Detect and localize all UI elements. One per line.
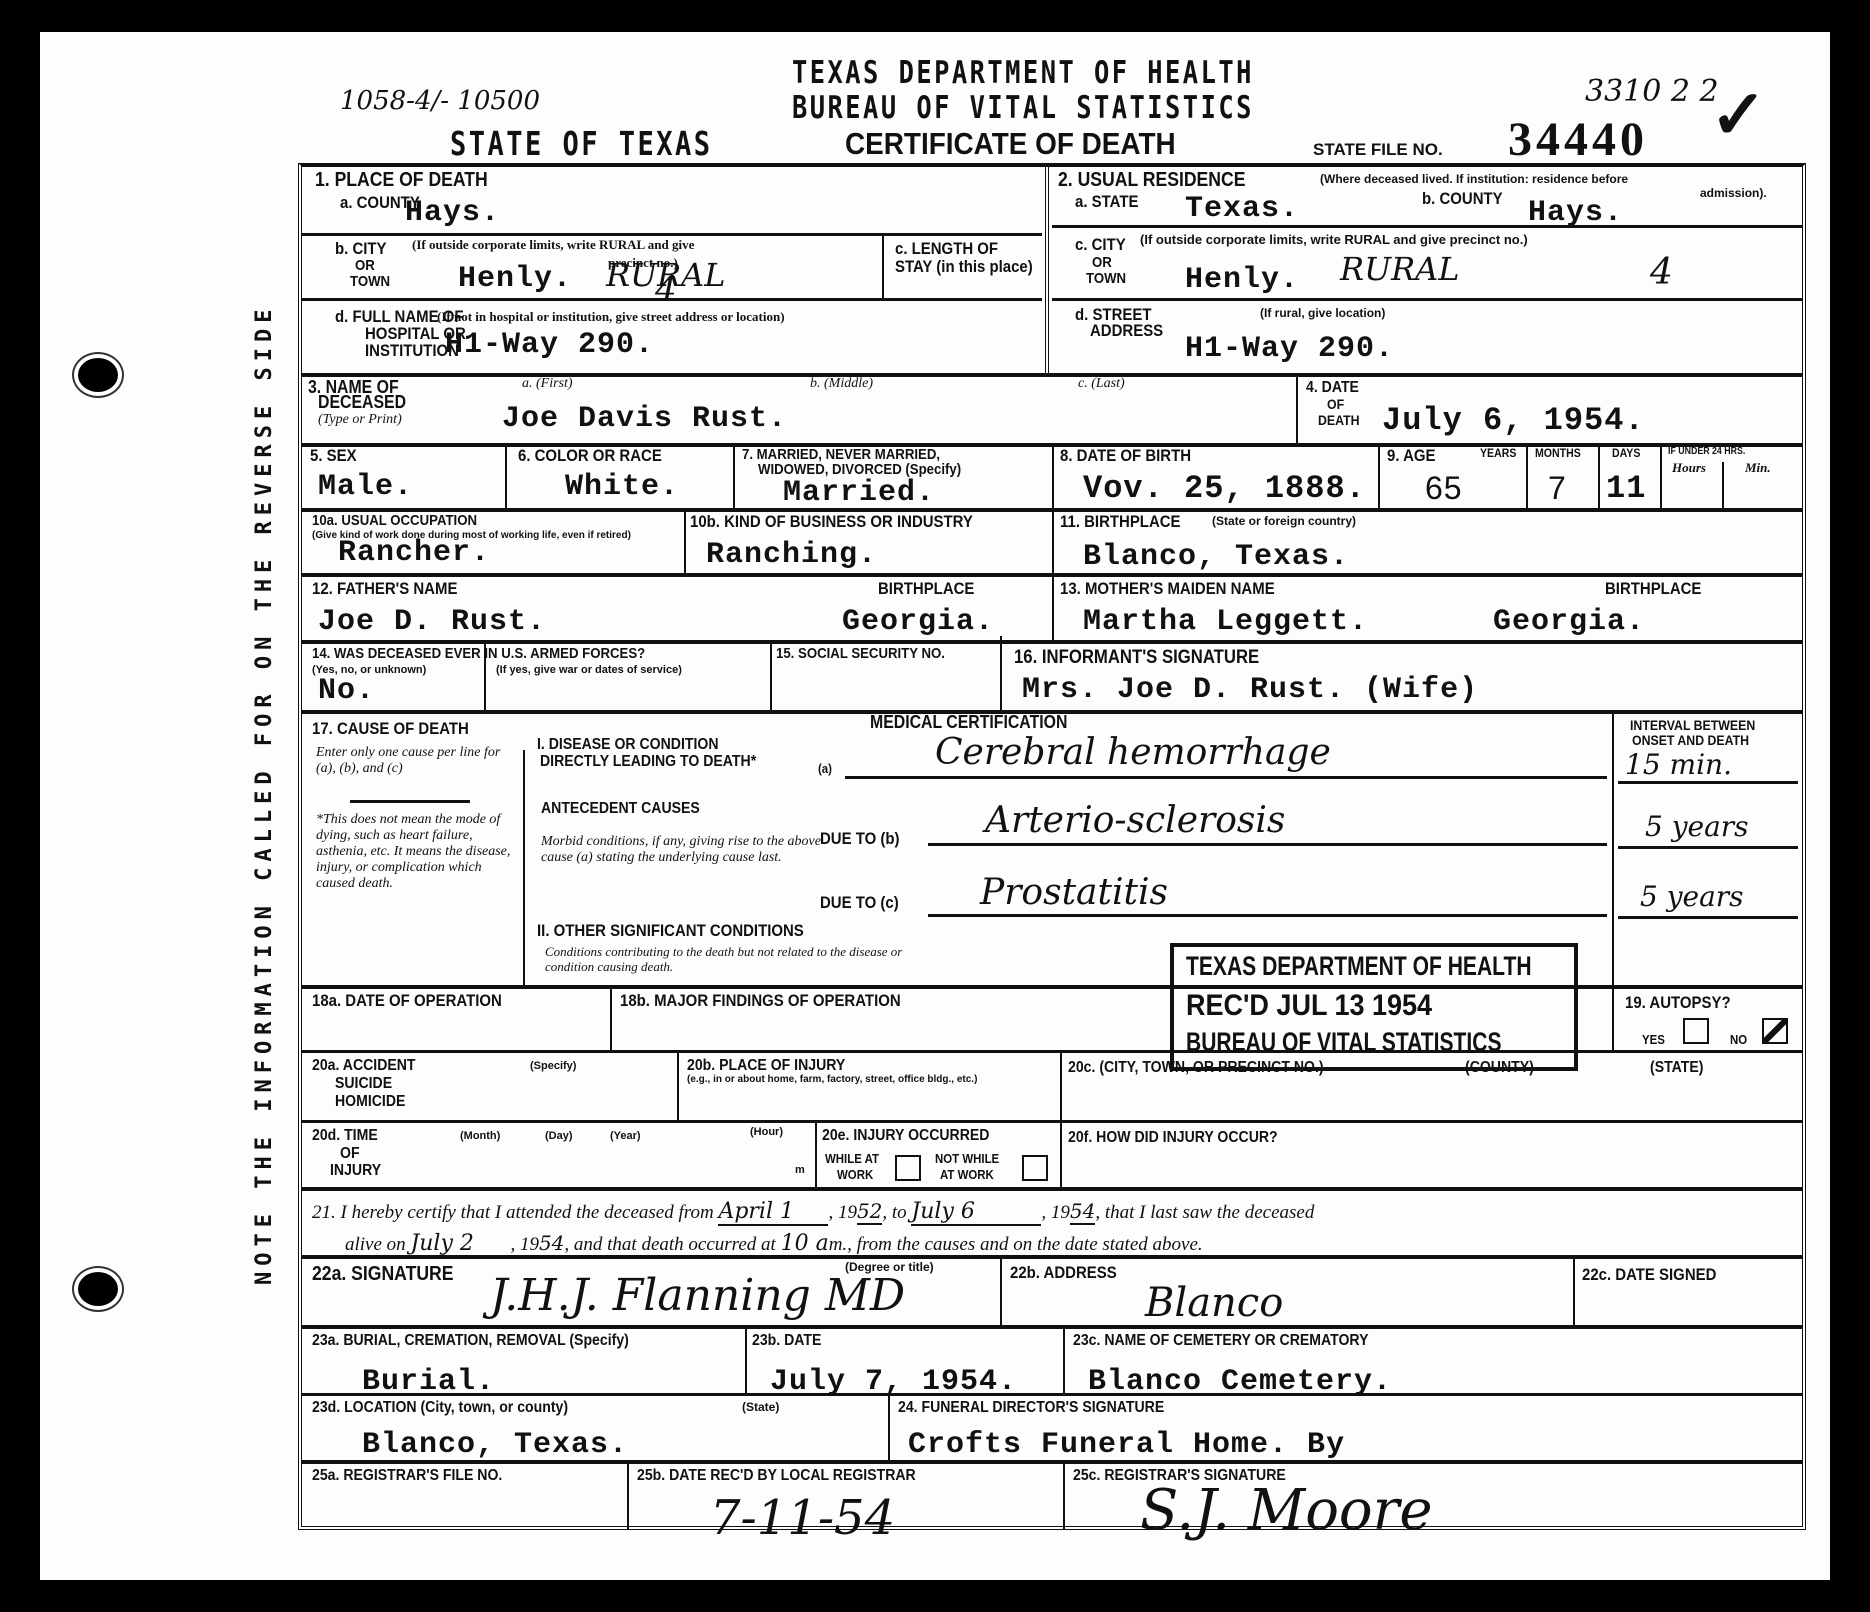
residence-town-label: TOWN — [1086, 271, 1126, 286]
divider — [1612, 712, 1614, 985]
location-value: Blanco, Texas. — [362, 1428, 628, 1462]
medical-certification-title: MEDICAL CERTIFICATION — [870, 713, 1067, 731]
injury-city-label: 20c. (CITY, TOWN, OR PRECINCT NO.) — [1068, 1060, 1324, 1076]
operation-date-label: 18a. DATE OF OPERATION — [312, 992, 502, 1009]
divider — [815, 1123, 817, 1187]
residence-precinct-value: 4 — [1650, 252, 1673, 293]
hospital-value: H1-Way 290. — [445, 328, 654, 362]
divider — [302, 1393, 1802, 1396]
divider — [745, 1328, 747, 1393]
divider — [1000, 636, 1002, 710]
cemetery-label: 23c. NAME OF CEMETERY OR CREMATORY — [1073, 1333, 1368, 1349]
state-title: STATE OF TEXAS — [450, 124, 713, 163]
residence-note: (Where deceased lived. If institution: r… — [1320, 172, 1628, 186]
certify-text-2: , that I last saw the deceased — [1095, 1202, 1314, 1223]
race-label: 6. COLOR OR RACE — [518, 447, 662, 464]
attended-from-year: 52 — [857, 1200, 882, 1225]
marital-label: 7. MARRIED, NEVER MARRIED, — [742, 447, 940, 462]
year-label: (Year) — [610, 1130, 641, 1142]
length-of-stay-label-2: STAY (in this place) — [895, 258, 1033, 275]
state-file-label: STATE FILE NO. — [1313, 140, 1443, 160]
side-note: NOTE THE INFORMATION CALLED FOR ON THE R… — [252, 303, 277, 1285]
at-work-label: AT WORK — [940, 1168, 994, 1181]
punch-hole-icon — [78, 1272, 118, 1306]
residence-or-label: OR — [1092, 255, 1112, 270]
cause-b-value: Arterio-sclerosis — [985, 800, 1285, 841]
divider — [302, 1325, 1802, 1329]
cemetery-value: Blanco Cemetery. — [1088, 1365, 1392, 1399]
first-name-label: a. (First) — [522, 376, 573, 392]
marital-value: Married. — [783, 476, 935, 510]
injury-occurred-label: 20e. INJURY OCCURRED — [822, 1128, 989, 1144]
dob-value: Vov. 25, 1888. — [1083, 470, 1366, 507]
registrar-file-label: 25a. REGISTRAR'S FILE NO. — [312, 1468, 502, 1484]
from-year-prefix: , 19 — [828, 1202, 857, 1223]
alive-on-label: alive on — [345, 1234, 406, 1255]
armed-forces-value: No. — [318, 674, 375, 708]
received-stamp: TEXAS DEPARTMENT OF HEALTH REC'D JUL 13 … — [1170, 943, 1578, 1071]
stamp-line-2: REC'D JUL 13 1954 — [1186, 989, 1432, 1023]
divider — [610, 988, 612, 1050]
day-label: (Day) — [545, 1130, 573, 1142]
death-time: 10 a — [781, 1231, 829, 1258]
divider — [1573, 1258, 1575, 1325]
divider — [1052, 298, 1802, 301]
divider — [1296, 375, 1298, 443]
residence-city-note: (If outside corporate limits, write RURA… — [1140, 232, 1528, 247]
divider — [302, 1187, 1802, 1191]
am-pm-label: m — [795, 1164, 805, 1176]
homicide-label: HOMICIDE — [335, 1094, 405, 1110]
residence-street-value: H1-Way 290. — [1185, 332, 1394, 366]
to-year-prefix: , 19 — [1041, 1202, 1070, 1223]
city-note: (If outside corporate limits, write RURA… — [412, 238, 694, 253]
autopsy-label: 19. AUTOPSY? — [1625, 994, 1731, 1011]
residence-rural-value: RURAL — [1340, 250, 1460, 288]
registrar-signature-value: S.J. Moore — [1140, 1478, 1433, 1543]
age-years-label: YEARS — [1480, 447, 1516, 459]
state-label: a. STATE — [1075, 193, 1138, 210]
date-of-death-label-3: DEATH — [1318, 413, 1360, 427]
while-at-label: WHILE AT — [825, 1152, 879, 1165]
residence-state-value: Texas. — [1185, 192, 1299, 226]
divider — [302, 1120, 1802, 1123]
industry-value: Ranching. — [706, 538, 877, 572]
mother-birthplace-value: Georgia. — [1493, 605, 1645, 639]
location-state-label: (State) — [742, 1400, 779, 1414]
divider — [1526, 445, 1528, 508]
minutes-label: Min. — [1745, 461, 1771, 476]
age-days-label: DAYS — [1612, 447, 1640, 459]
time-of-injury-label: 20d. TIME — [312, 1128, 378, 1144]
divider — [1060, 1053, 1062, 1187]
bureau-title: BUREAU OF VITAL STATISTICS — [792, 90, 1254, 126]
disease-label-2: DIRECTLY LEADING TO DEATH* — [540, 754, 756, 770]
operation-findings-label: 18b. MAJOR FINDINGS OF OPERATION — [620, 992, 901, 1009]
age-months-label: MONTHS — [1535, 447, 1581, 459]
cause-note: Enter only one cause per line for (a), (… — [316, 745, 516, 777]
mother-value: Martha Leggett. — [1083, 605, 1368, 639]
divider — [1052, 225, 1802, 228]
cause-a-line — [845, 776, 1607, 779]
physician-address-value: Blanco — [1145, 1280, 1283, 1326]
interval-label-2: ONSET AND DEATH — [1632, 733, 1749, 747]
divider — [1378, 445, 1380, 508]
divider — [1598, 445, 1600, 508]
informant-value: Mrs. Joe D. Rust. (Wife) — [1022, 673, 1478, 707]
divider — [1045, 167, 1049, 373]
divider — [888, 1396, 890, 1460]
injury-state-label: (STATE) — [1650, 1060, 1703, 1076]
residence-city-label: c. CITY — [1075, 236, 1126, 253]
antecedent-note: Morbid conditions, if any, giving rise t… — [541, 834, 821, 866]
work-label: WORK — [837, 1168, 873, 1181]
accident-label: 20a. ACCIDENT — [312, 1058, 416, 1074]
date-of-death-label: 4. DATE — [1306, 380, 1359, 396]
while-at-work-checkbox[interactable] — [895, 1155, 921, 1181]
autopsy-yes-checkbox[interactable] — [1683, 1018, 1709, 1044]
specify-label: (Specify) — [530, 1060, 576, 1072]
hospital-note: (If not in hospital or institution, give… — [437, 310, 785, 325]
time-of-injury-label-2: OF — [340, 1146, 360, 1162]
deceased-name-value: Joe Davis Rust. — [502, 402, 787, 436]
handwritten-file-code: 3310 2 2 — [1585, 74, 1719, 109]
to-label: , to — [882, 1202, 906, 1223]
burial-date-label: 23b. DATE — [752, 1333, 821, 1349]
divider — [733, 445, 735, 508]
divider — [627, 1463, 629, 1530]
interval-b-line — [1618, 846, 1798, 849]
divider — [350, 800, 470, 803]
age-days-value: 11 — [1606, 470, 1646, 507]
date-of-death-label-2: OF — [1327, 397, 1344, 411]
age-years-value: 65 — [1425, 470, 1463, 507]
residence-county-value: Hays. — [1528, 196, 1623, 230]
interval-c-line — [1618, 916, 1798, 919]
cause-footnote: *This does not mean the mode of dying, s… — [316, 812, 516, 892]
disposition-value: Burial. — [362, 1365, 495, 1399]
city-label: b. CITY — [335, 240, 387, 257]
stamp-line-3: BUREAU OF VITAL STATISTICS — [1186, 1027, 1502, 1058]
registrar-date-label: 25b. DATE REC'D BY LOCAL REGISTRAR — [637, 1468, 916, 1484]
ssn-label: 15. SOCIAL SECURITY NO. — [776, 646, 945, 661]
physician-address-label: 22b. ADDRESS — [1010, 1264, 1117, 1281]
last-name-label: c. (Last) — [1078, 376, 1125, 392]
occupation-label: 10a. USUAL OCCUPATION — [312, 513, 477, 528]
place-of-death-label: 1. PLACE OF DEATH — [315, 170, 488, 190]
certify-text-3: , and that death occurred at — [564, 1234, 775, 1255]
father-birthplace-label: BIRTHPLACE — [878, 580, 974, 597]
certificate-title: CERTIFICATE OF DEATH — [845, 126, 1176, 162]
attended-to-date: July 6 — [911, 1199, 1041, 1226]
last-seen-year: 54 — [539, 1232, 564, 1257]
cause-c-value: Prostatitis — [980, 872, 1168, 913]
under-24-label: IF UNDER 24 HRS. — [1668, 447, 1745, 457]
divider — [882, 236, 884, 298]
birthplace-note: (State or foreign country) — [1212, 514, 1356, 528]
type-or-print-label: (Type or Print) — [318, 412, 402, 428]
interval-label: INTERVAL BETWEEN — [1630, 718, 1755, 732]
street-label-2: ADDRESS — [1090, 322, 1163, 339]
attended-to-year: 54 — [1070, 1200, 1095, 1225]
cause-a-value: Cerebral hemorrhage — [935, 732, 1331, 773]
hours-label: Hours — [1672, 461, 1706, 476]
suicide-label: SUICIDE — [335, 1076, 392, 1092]
handwritten-reference: 1058-4/- 10500 — [340, 86, 540, 116]
checkmark-icon: ✓ — [1710, 76, 1767, 155]
divider — [1722, 462, 1724, 508]
divider — [1000, 1258, 1002, 1325]
divider — [684, 510, 686, 573]
alive-year-prefix: , 19 — [510, 1234, 539, 1255]
due-to-b-label: DUE TO (b) — [820, 830, 900, 847]
burial-date-value: July 7, 1954. — [770, 1365, 1017, 1399]
certification-line-2: alive on July 2, 1954, and that death oc… — [345, 1231, 1203, 1258]
not-while-label: NOT WHILE — [935, 1152, 999, 1165]
deceased-name-label-2: DECEASED — [318, 393, 406, 411]
divider — [1052, 445, 1054, 640]
divider — [523, 750, 525, 985]
interval-a-value: 15 min. — [1625, 748, 1732, 781]
street-note: (If rural, give location) — [1260, 306, 1385, 320]
city-or-label: OR — [355, 258, 375, 273]
father-birthplace-value: Georgia. — [842, 605, 994, 639]
city-town-label: TOWN — [350, 274, 390, 289]
interval-c-value: 5 years — [1640, 880, 1744, 913]
occupation-value: Rancher. — [338, 536, 490, 570]
divider — [1063, 1463, 1065, 1530]
state-file-number: 34440 — [1508, 112, 1648, 167]
sex-value: Male. — [318, 470, 413, 504]
residence-county-label: b. COUNTY — [1422, 190, 1503, 207]
divider — [1612, 988, 1614, 1050]
divider — [302, 233, 1042, 236]
divider — [1660, 445, 1662, 508]
autopsy-yes-label: YES — [1642, 1033, 1665, 1046]
funeral-director-label: 24. FUNERAL DIRECTOR'S SIGNATURE — [898, 1400, 1164, 1416]
cause-of-death-label: 17. CAUSE OF DEATH — [312, 720, 469, 737]
cause-b-line — [928, 843, 1607, 846]
interval-a-line — [1618, 781, 1798, 784]
due-to-c-label: DUE TO (c) — [820, 894, 899, 911]
age-label: 9. AGE — [1387, 447, 1435, 464]
antecedent-label: ANTECEDENT CAUSES — [541, 801, 700, 817]
industry-label: 10b. KIND OF BUSINESS OR INDUSTRY — [690, 513, 973, 530]
divider — [1063, 1328, 1065, 1393]
length-of-stay-label: c. LENGTH OF — [895, 240, 998, 257]
sex-label: 5. SEX — [310, 447, 357, 464]
autopsy-no-checkbox[interactable] — [1762, 1018, 1788, 1044]
month-label: (Month) — [460, 1130, 500, 1142]
injury-place-label: 20b. PLACE OF INJURY — [687, 1058, 845, 1074]
interval-b-value: 5 years — [1645, 810, 1749, 843]
marital-label-2: WIDOWED, DIVORCED (Specify) — [758, 462, 961, 477]
signature-label: 22a. SIGNATURE — [312, 1264, 453, 1284]
divider — [677, 1053, 679, 1120]
age-months-value: 7 — [1548, 470, 1567, 507]
death-county-value: Hays. — [405, 196, 500, 230]
physician-signature: J.H.J. Flanning MD — [490, 1270, 905, 1321]
residence-city-value: Henly. — [1185, 263, 1299, 297]
injury-county-label: (COUNTY) — [1465, 1060, 1534, 1076]
divider — [770, 642, 772, 710]
autopsy-no-label: NO — [1730, 1033, 1747, 1046]
date-signed-label: 22c. DATE SIGNED — [1582, 1266, 1716, 1283]
father-value: Joe D. Rust. — [318, 605, 546, 639]
divider — [505, 445, 507, 508]
race-value: White. — [565, 470, 679, 504]
registrar-date-value: 7-11-54 — [710, 1490, 895, 1546]
time-of-injury-label-3: INJURY — [330, 1163, 381, 1179]
last-seen-date: July 2 — [410, 1231, 510, 1258]
certify-text-4: m., from the causes and on the date stat… — [829, 1234, 1203, 1255]
disease-label: I. DISEASE OR CONDITION — [537, 737, 719, 753]
hour-label: (Hour) — [750, 1126, 783, 1138]
father-label: 12. FATHER'S NAME — [312, 580, 457, 597]
disposition-label: 23a. BURIAL, CREMATION, REMOVAL (Specify… — [312, 1333, 629, 1349]
death-city-value: Henly. — [458, 262, 572, 296]
divider — [302, 640, 1802, 644]
stamp-line-1: TEXAS DEPARTMENT OF HEALTH — [1186, 951, 1532, 982]
dob-label: 8. DATE OF BIRTH — [1060, 447, 1191, 464]
punch-hole-icon — [78, 358, 118, 392]
death-precinct-value: 4 — [655, 270, 677, 310]
informant-label: 16. INFORMANT'S SIGNATURE — [1014, 648, 1259, 667]
cause-a-marker: (a) — [818, 762, 832, 775]
certification-line-1: 21. I hereby certify that I attended the… — [312, 1199, 1314, 1226]
middle-name-label: b. (Middle) — [810, 376, 873, 392]
date-of-death-value: July 6, 1954. — [1382, 402, 1645, 439]
other-conditions-note: Conditions contributing to the death but… — [545, 945, 925, 975]
birthplace-label: 11. BIRTHPLACE — [1060, 513, 1181, 530]
armed-note-2: (If yes, give war or dates of service) — [496, 664, 682, 676]
residence-note-2: admission). — [1700, 186, 1767, 200]
department-title: TEXAS DEPARTMENT OF HEALTH — [792, 55, 1254, 91]
injury-place-note: (e.g., in or about home, farm, factory, … — [687, 1074, 1017, 1085]
mother-label: 13. MOTHER'S MAIDEN NAME — [1060, 580, 1275, 597]
location-label: 23d. LOCATION (City, town, or county) — [312, 1400, 568, 1416]
birthplace-value: Blanco, Texas. — [1083, 540, 1349, 574]
how-injury-label: 20f. HOW DID INJURY OCCUR? — [1068, 1130, 1278, 1146]
attended-from-date: April 1 — [718, 1199, 828, 1226]
not-while-at-work-checkbox[interactable] — [1022, 1155, 1048, 1181]
certify-text-1: 21. I hereby certify that I attended the… — [312, 1202, 714, 1223]
armed-forces-label: 14. WAS DECEASED EVER IN U.S. ARMED FORC… — [312, 646, 645, 661]
other-conditions-label: II. OTHER SIGNIFICANT CONDITIONS — [537, 922, 804, 939]
funeral-director-value: Crofts Funeral Home. By — [908, 1428, 1345, 1462]
usual-residence-label: 2. USUAL RESIDENCE — [1058, 170, 1245, 190]
cause-c-line — [928, 914, 1607, 917]
mother-birthplace-label: BIRTHPLACE — [1605, 580, 1701, 597]
